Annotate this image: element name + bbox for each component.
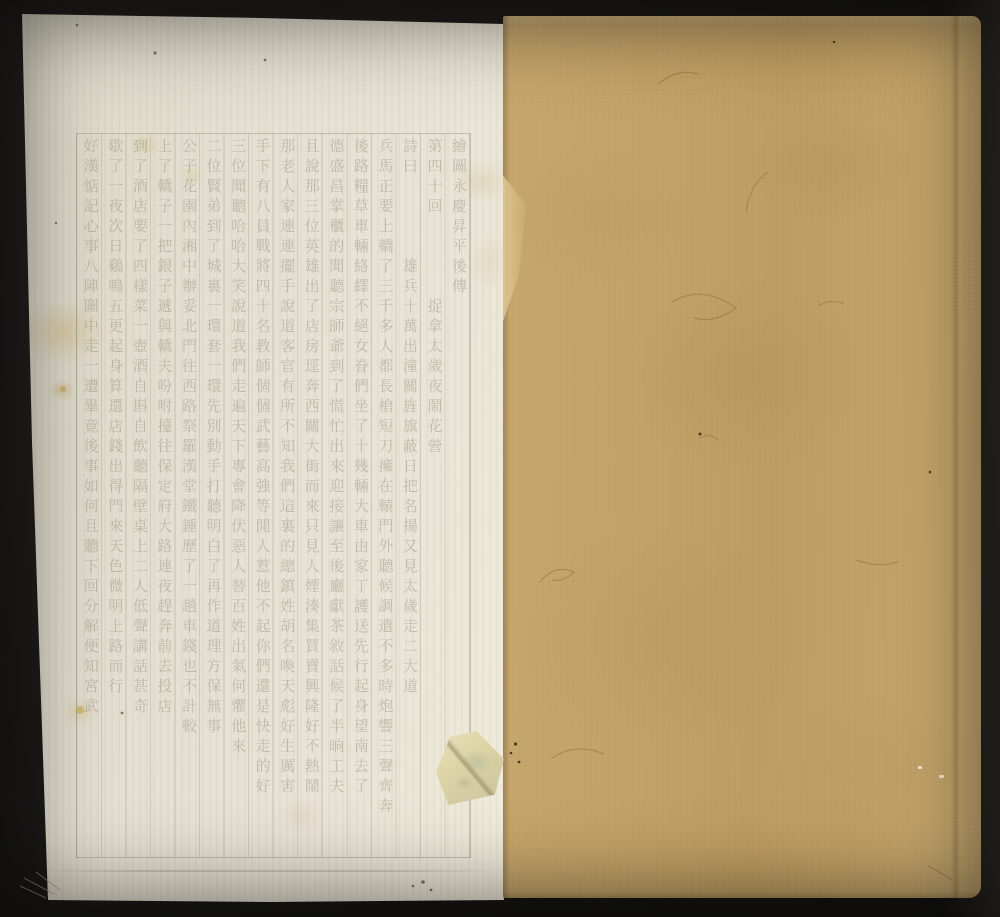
- book-scan: 繪圖永慶昇平後傳第四十回捉拿太歲夜鬧花營詩曰雄兵十萬出潼關旌旗蔽日把名揚又見太歲…: [0, 0, 1000, 917]
- text-column: 後路糧草車輛絡繹不絕女眷們坐了十幾輛大車由家丁護送先行起身望南去了: [347, 138, 372, 855]
- text-column: 歇了一夜次日鷄鳴五更起身算還店錢出得門來天色微明上路而行: [102, 138, 127, 855]
- text-column: 到了酒店要了四樣菜一壺酒自斟自飲聽隔壁桌上二人低聲講話甚奇: [126, 138, 151, 855]
- text-column: 手下有八員戰將四十名教師個個武藝高強等閒人惹他不起你們還是快走的好: [249, 138, 274, 855]
- torn-edge-highlight: [503, 166, 530, 328]
- bleedthrough-text-block: 繪圖永慶昇平後傳第四十回捉拿太歲夜鬧花營詩曰雄兵十萬出潼關旌旗蔽日把名揚又見太歲…: [76, 133, 471, 858]
- text-column: 好漢惦記心事八陣圖中走一遭畢竟後事如何且聽下回分解便知宮武: [77, 138, 102, 855]
- text-column: 捉拿太歲夜鬧花營: [421, 138, 446, 855]
- left-page: 繪圖永慶昇平後傳第四十回捉拿太歲夜鬧花營詩曰雄兵十萬出潼關旌旗蔽日把名揚又見太歲…: [20, 12, 504, 903]
- text-column: 公子花園內湘中辦妥北門往西路祭羅漢堂鐵錘歷了一趟車錢也不計較: [175, 138, 200, 855]
- text-column: 兵馬正要上轎了三千多人都長槍短刀擁在轅門外聽候調遣不多時炮響三聲齊奔: [372, 138, 397, 855]
- text-column: 雄兵十萬出潼關旌旗蔽日把名揚又見太歲走二大道: [396, 138, 421, 855]
- text-column: 且說那三位英雄出了店房逕奔西關大街而來只見人煙湊集買賣興隆好不熱鬧: [298, 138, 323, 855]
- text-column: 上了轎子一把銀子遞與轎夫吩咐擡往保定府大路連夜趕奔前去投店: [151, 138, 176, 855]
- text-column: 那老人家連連擺手說道客官有所不知我們這裏的總鎮姓胡名喚天彪好生厲害: [274, 138, 299, 855]
- text-column: 德盛昌掌櫃的聞聽宗師爺到了慌忙出來迎接讓至後廳獻茶敘話候了半晌工夫: [323, 138, 348, 855]
- text-column: 三位聞聽哈哈大笑說道我們走遍天下專會降伏惡人替百姓出氣何懼他來: [225, 138, 250, 855]
- text-column: 二位賢弟到了城裏一環套一環先別動手打聽明白了再作道理方保無事: [200, 138, 225, 855]
- right-page-cover: [503, 16, 981, 898]
- horizontal-crease: [46, 870, 496, 872]
